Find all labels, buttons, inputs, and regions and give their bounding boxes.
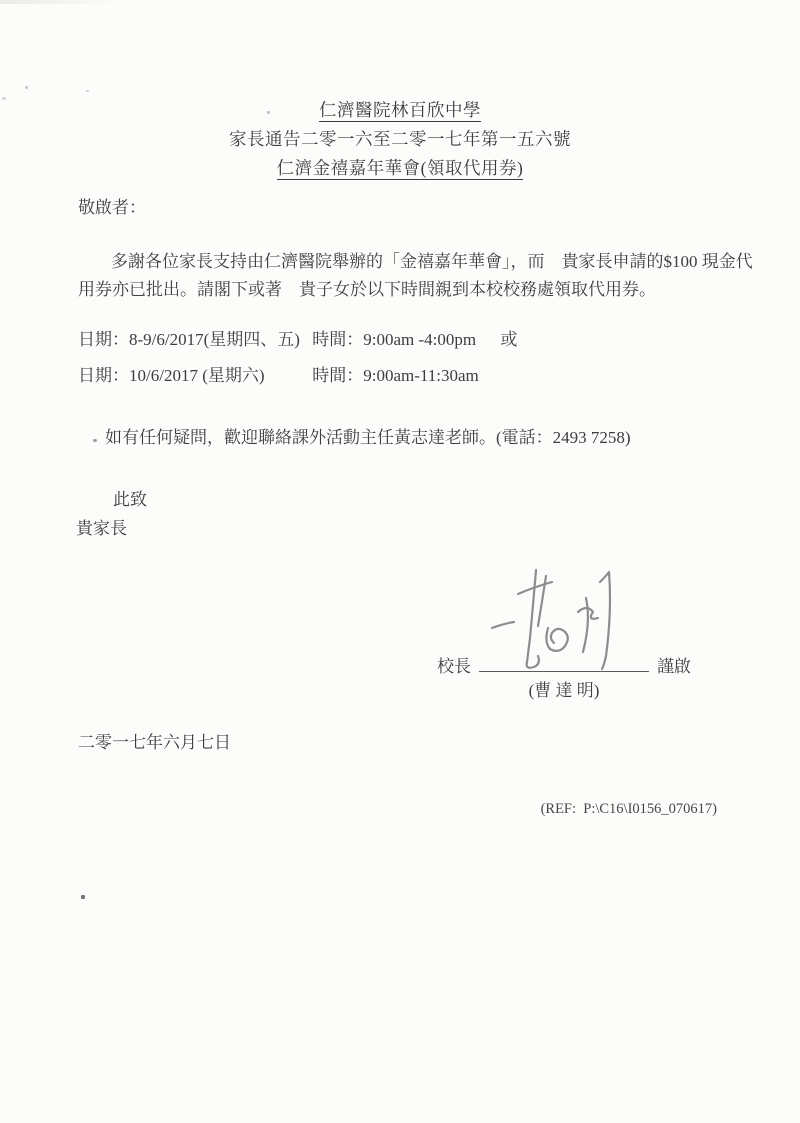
respectfully-label: 謹啟 bbox=[657, 657, 691, 676]
document-page: 仁濟醫院林百欣中學 家長通告二零一六至二零一七年第一五六號 仁濟金禧嘉年華會(領… bbox=[0, 0, 800, 1123]
scan-speck bbox=[93, 439, 97, 442]
document-date: 二零一七年六月七日 bbox=[78, 728, 231, 753]
signature-line bbox=[479, 657, 649, 672]
closing-phrase: 此致 bbox=[113, 485, 147, 510]
scan-speck bbox=[2, 97, 6, 100]
scan-speck bbox=[81, 895, 85, 899]
notice-number-line: 家長通告二零一六至二零一七年第一五六號 bbox=[0, 125, 800, 154]
school-name: 仁濟醫院林百欣中學 bbox=[319, 100, 481, 122]
paragraph-line-2: 用券亦已批出。請閣下或著 貴子女於以下時間親到本校校務處領取代用券。 bbox=[78, 276, 738, 304]
principal-label: 校長 bbox=[437, 657, 471, 676]
date-label-2: 日期：10/6/2017 (星期六) bbox=[78, 361, 308, 386]
time-label-1: 時間：9:00am -4:00pm bbox=[312, 325, 476, 350]
reference-number: (REF: P:\C16\I0156_070617) bbox=[541, 801, 717, 818]
school-name-line: 仁濟醫院林百欣中學 bbox=[0, 96, 800, 125]
closing-recipient: 貴家長 bbox=[76, 514, 127, 539]
body-paragraph: 多謝各位家長支持由仁濟醫院舉辦的「金禧嘉年華會」，而 貴家長申請的$100 現金… bbox=[78, 248, 738, 304]
or-label: 或 bbox=[500, 325, 517, 350]
subject-line: 仁濟金禧嘉年華會(領取代用券) bbox=[0, 154, 800, 183]
schedule-row-1: 日期：8-9/6/2017(星期四、五) 時間：9:00am -4:00pm 或 bbox=[78, 325, 517, 350]
schedule-row-2: 日期：10/6/2017 (星期六) 時間：9:00am-11:30am bbox=[78, 361, 479, 386]
scan-speck bbox=[25, 86, 28, 89]
scan-smudge bbox=[0, 0, 120, 4]
scan-speck bbox=[267, 111, 270, 114]
principal-name: (曹 達 明) bbox=[478, 676, 650, 701]
notice-subject: 仁濟金禧嘉年華會(領取代用券) bbox=[277, 158, 524, 180]
time-label-2: 時間：9:00am-11:30am bbox=[312, 361, 479, 386]
signature-row: 校長謹啟 bbox=[437, 652, 691, 677]
scan-speck bbox=[86, 90, 89, 92]
date-label-1: 日期：8-9/6/2017(星期四、五) bbox=[78, 325, 308, 350]
paragraph-line-1: 多謝各位家長支持由仁濟醫院舉辦的「金禧嘉年華會」，而 貴家長申請的$100 現金… bbox=[78, 248, 738, 276]
notice-number: 家長通告二零一六至二零一七年第一五六號 bbox=[229, 129, 571, 149]
notice-header: 仁濟醫院林百欣中學 家長通告二零一六至二零一七年第一五六號 仁濟金禧嘉年華會(領… bbox=[0, 96, 800, 183]
salutation: 敬啟者： bbox=[78, 193, 146, 218]
contact-line: 如有任何疑問，歡迎聯絡課外活動主任黃志達老師。(電話：2493 7258) bbox=[78, 423, 631, 448]
